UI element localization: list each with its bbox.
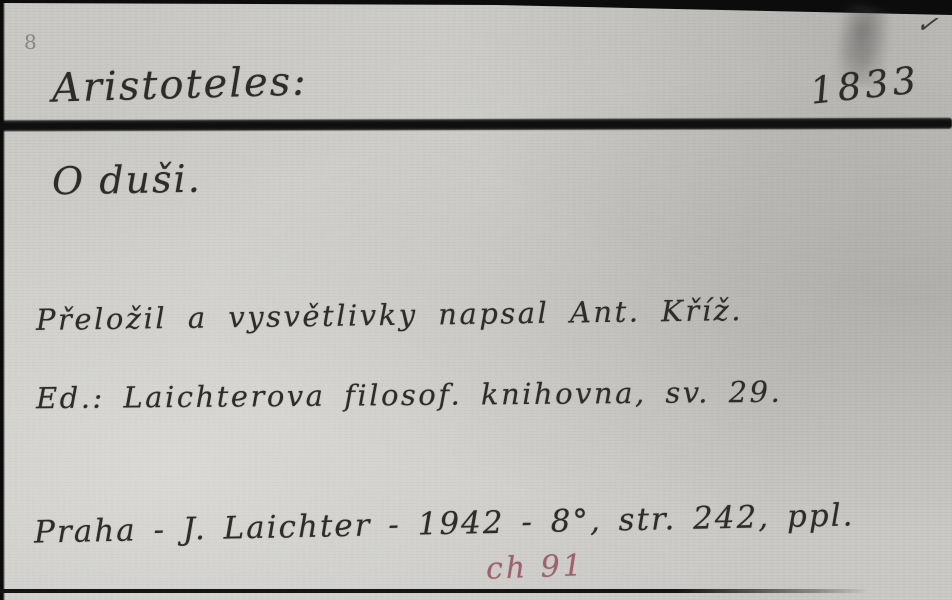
scan-left-edge	[0, 0, 5, 600]
heading-rule	[0, 118, 952, 131]
translator-note: Přeložil a vysvětlivky napsal Ant. Kříž.	[36, 293, 743, 337]
series-note: Ed.: Laichterova filosof. knihovna, sv. …	[36, 375, 783, 416]
class-annotation: ch 91	[485, 548, 585, 586]
author-heading: Aristoteles:	[51, 58, 308, 111]
card-title: O duši.	[52, 157, 203, 204]
shelf-number: 1833	[808, 58, 922, 112]
scan-top-edge	[0, 0, 952, 16]
corner-pencil-mark: 8	[24, 30, 37, 54]
check-mark-icon: ✓	[914, 9, 940, 42]
footer-rule	[0, 589, 868, 593]
imprint-line: Praha - J. Laichter - 1942 - 8°, str. 24…	[34, 497, 855, 550]
catalog-card-scan: 8 Aristoteles: 1833 ✓ O duši. Přeložil a…	[0, 0, 952, 600]
